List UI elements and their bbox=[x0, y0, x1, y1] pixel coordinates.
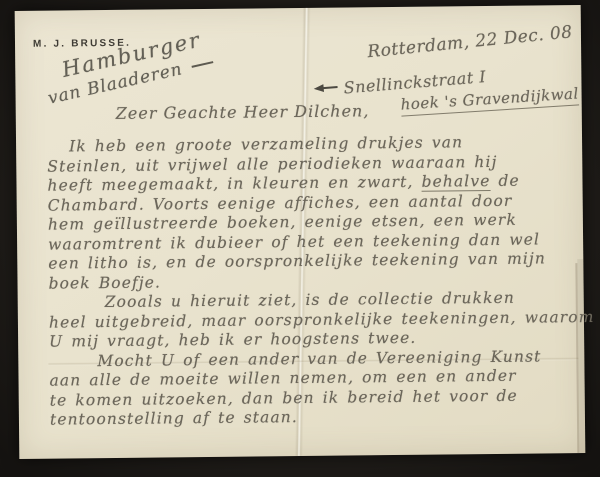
underlined-word: behalve bbox=[421, 172, 490, 192]
pencil-dash-mark bbox=[192, 61, 214, 68]
scanned-letter-photo: M. J. BRUSSE. Hamburger van Blaaderen Ro… bbox=[0, 0, 600, 477]
left-arrow-icon bbox=[313, 76, 338, 97]
salutation: Zeer Geachte Heer Dilchen, bbox=[116, 101, 370, 123]
letter-body: Ik heb een groote verzameling drukjes va… bbox=[47, 132, 582, 430]
body-line: tentoonstelling af te staan. bbox=[50, 405, 582, 430]
letter-paper: M. J. BRUSSE. Hamburger van Blaaderen Ro… bbox=[15, 5, 586, 459]
place-and-date-line: Rotterdam, 22 Dec. 08 bbox=[367, 22, 574, 62]
